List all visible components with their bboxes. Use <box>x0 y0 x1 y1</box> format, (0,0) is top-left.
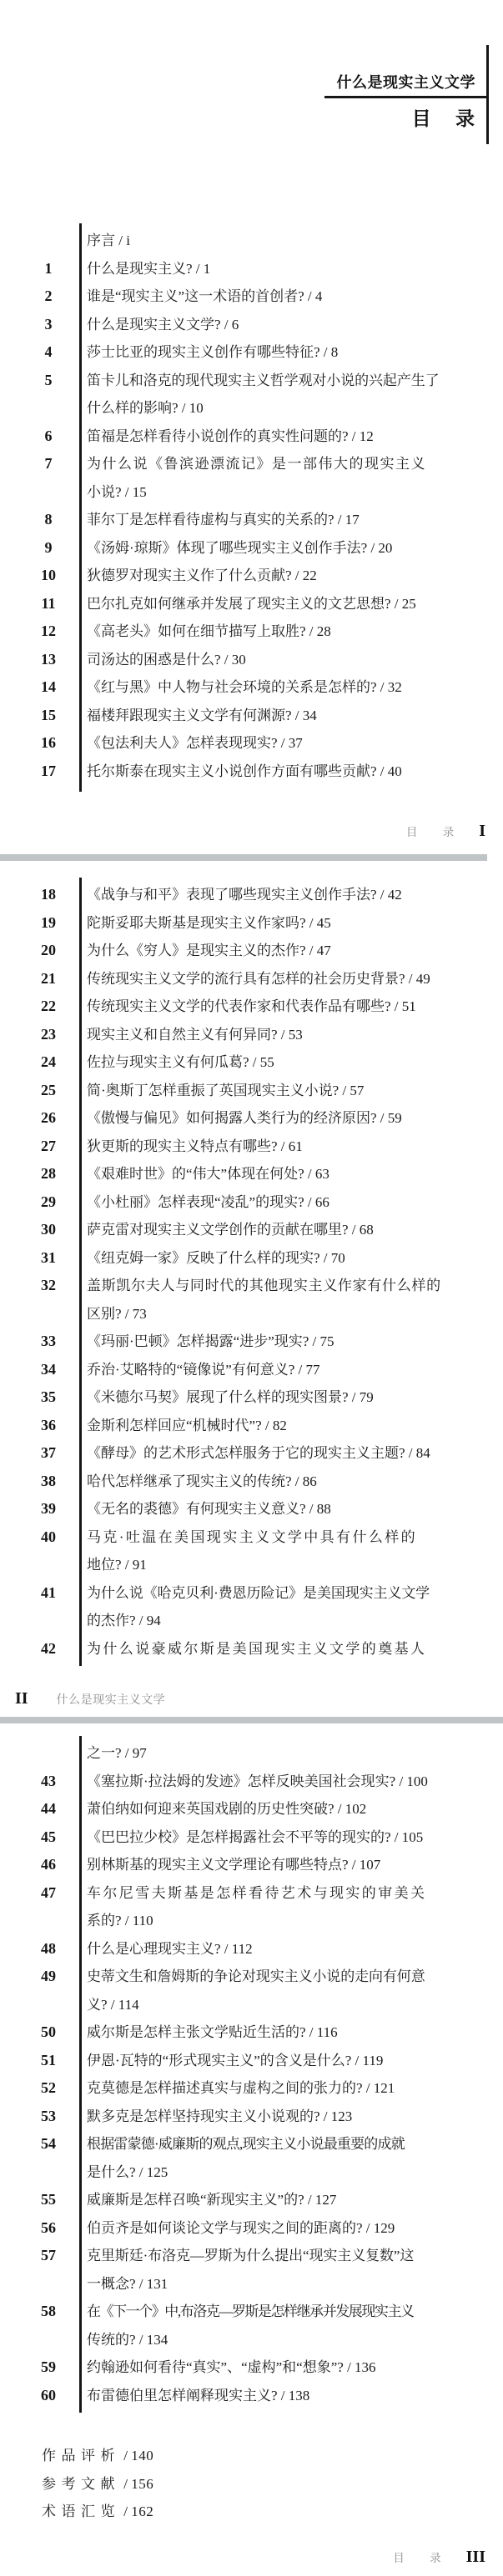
toc-entry-number: 21 <box>18 965 78 993</box>
page-number: II <box>15 1690 28 1707</box>
toc-entry-number: 58 <box>18 2298 78 2326</box>
toc-entry-number: 1 <box>18 255 78 283</box>
toc-entry-text: 威廉斯是怎样召唤“新现实主义”的? / 127 <box>87 2186 427 2214</box>
toc-entry-number: 57 <box>18 2242 78 2270</box>
toc-entry-number: 34 <box>18 1356 78 1384</box>
toc-entry: 48什么是心理现实主义? / 112 <box>0 1935 427 1963</box>
toc-entry-number: 48 <box>18 1935 78 1963</box>
toc-entry-text: 萨克雷对现实主义文学创作的贡献在哪里? / 68 <box>87 1216 427 1244</box>
toc-entry-number: 27 <box>18 1133 78 1161</box>
toc-entry-number: 23 <box>18 1021 78 1049</box>
toc-entry-text: 什么是心理现实主义? / 112 <box>87 1935 427 1963</box>
toc-entry-text: 《红与黑》中人物与社会环境的关系是怎样的? / 32 <box>87 673 427 702</box>
book-title: 什么是现实主义文学 <box>337 71 476 93</box>
toc-list-page-3: 之一? / 9743《塞拉斯·拉法姆的发迹》怎样反映美国社会现实? / 1004… <box>0 1739 503 2409</box>
backmatter-label: 作品评析 <box>42 2448 120 2463</box>
page-separator <box>0 854 487 861</box>
toc-entry-number: 13 <box>18 646 78 674</box>
backmatter-page-number: 156 <box>131 2476 153 2492</box>
toc-entry-text: 《汤姆·琼斯》体现了哪些现实主义创作手法? / 20 <box>87 534 427 563</box>
toc-entry: 36金斯利怎样回应“机械时代”? / 82 <box>0 1412 427 1440</box>
toc-entry-number: 44 <box>18 1795 78 1823</box>
toc-entry-text: 为什么说豪威尔斯是美国现实主义文学的奠基人 <box>87 1635 427 1663</box>
toc-entry-text: 盖斯凯尔夫人与同时代的其他现实主义作家有什么样的区别? / 73 <box>87 1272 427 1328</box>
toc-entry: 51伊恩·瓦特的“形式现实主义”的含义是什么? / 119 <box>0 2047 427 2075</box>
toc-entry-text: 序言 / i <box>87 227 427 255</box>
backmatter-separator: / <box>120 2448 131 2463</box>
toc-entry-number: 2 <box>18 283 78 311</box>
toc-entry-number: 4 <box>18 338 78 367</box>
toc-entry: 之一? / 97 <box>0 1739 427 1768</box>
toc-entry: 55威廉斯是怎样召唤“新现实主义”的? / 127 <box>0 2186 427 2214</box>
toc-entry-number: 59 <box>18 2353 78 2382</box>
toc-page-1: 什么是现实主义文学 目 录 序言 / i1什么是现实主义? / 12谁是“现实主… <box>0 0 503 854</box>
toc-entry-number: 36 <box>18 1412 78 1440</box>
toc-entry-number: 25 <box>18 1077 78 1105</box>
toc-entry: 5笛卡儿和洛克的现代现实主义哲学观对小说的兴起产生了什么样的影响? / 10 <box>0 367 427 423</box>
toc-entry-text: 莎士比亚的现实主义创作有哪些特征? / 8 <box>87 338 427 367</box>
toc-entry: 47车尔尼雪夫斯基是怎样看待艺术与现实的审美关系的? / 110 <box>0 1879 427 1935</box>
toc-entry: 17托尔斯泰在现实主义小说创作方面有哪些贡献? / 40 <box>0 758 427 786</box>
toc-entry-number: 26 <box>18 1104 78 1133</box>
toc-entry: 6笛福是怎样看待小说创作的真实性问题的? / 12 <box>0 423 427 451</box>
toc-entry: 11巴尔扎克如何继承并发展了现实主义的文艺思想? / 25 <box>0 590 427 618</box>
toc-entry: 50威尔斯是怎样主张文学贴近生活的? / 116 <box>0 2018 427 2047</box>
toc-entry-text: 布雷德伯里怎样阐释现实主义? / 138 <box>87 2382 427 2410</box>
toc-entry-number: 6 <box>18 423 78 451</box>
toc-entry-number: 20 <box>18 937 78 965</box>
toc-entry: 30萨克雷对现实主义文学创作的贡献在哪里? / 68 <box>0 1216 427 1244</box>
toc-entry-text: 托尔斯泰在现实主义小说创作方面有哪些贡献? / 40 <box>87 758 427 786</box>
toc-entry-text: 陀斯妥耶夫斯基是现实主义作家吗? / 45 <box>87 909 427 938</box>
toc-entry-text: 哈代怎样继承了现实主义的传统? / 86 <box>87 1468 427 1496</box>
toc-entry: 26《傲慢与偏见》如何揭露人类行为的经济原因? / 59 <box>0 1104 427 1133</box>
toc-entry-number: 8 <box>18 506 78 534</box>
toc-entry-number: 9 <box>18 534 78 563</box>
toc-list-page-2: 18《战争与和平》表现了哪些现实主义创作手法? / 4219陀斯妥耶夫斯基是现实… <box>0 881 503 1663</box>
toc-entry-number: 51 <box>18 2047 78 2075</box>
toc-entry-number: 45 <box>18 1823 78 1852</box>
toc-entry: 序言 / i <box>0 227 427 255</box>
toc-entry: 23现实主义和自然主义有何异同? / 53 <box>0 1021 427 1049</box>
toc-entry-text: 佐拉与现实主义有何瓜葛? / 55 <box>87 1048 427 1077</box>
page-separator <box>0 1717 503 1723</box>
toc-entry: 7为什么说《鲁滨逊漂流记》是一部伟大的现实主义小说? / 15 <box>0 450 427 506</box>
backmatter-label: 术语汇览 <box>42 2503 120 2519</box>
toc-entry-text: 《酵母》的艺术形式怎样服务于它的现实主义主题? / 84 <box>87 1439 427 1468</box>
toc-list-page-1: 序言 / i1什么是现实主义? / 12谁是“现实主义”这一术语的首创者? / … <box>0 227 503 785</box>
toc-entry-number: 12 <box>18 618 78 646</box>
toc-entry: 24佐拉与现实主义有何瓜葛? / 55 <box>0 1048 427 1077</box>
toc-entry-number: 35 <box>18 1383 78 1412</box>
toc-entry-number: 40 <box>18 1523 78 1552</box>
toc-entry-text: 《高老头》如何在细节描写上取胜? / 28 <box>87 618 427 646</box>
toc-entry-text: 什么是现实主义? / 1 <box>87 255 427 283</box>
toc-entry-text: 《包法利夫人》怎样表现现实? / 37 <box>87 729 427 758</box>
toc-entry-text: 《纽克姆一家》反映了什么样的现实? / 70 <box>87 1244 427 1273</box>
toc-entry-number: 10 <box>18 562 78 590</box>
toc-entry-number: 46 <box>18 1851 78 1879</box>
backmatter-page-number: 162 <box>131 2503 153 2519</box>
toc-entry-number: 30 <box>18 1216 78 1244</box>
toc-entry: 9《汤姆·琼斯》体现了哪些现实主义创作手法? / 20 <box>0 534 427 563</box>
toc-entry: 39《无名的裘德》有何现实主义意义? / 88 <box>0 1495 427 1523</box>
toc-entry: 20为什么《穷人》是现实主义的杰作? / 47 <box>0 937 427 965</box>
toc-entry-number: 52 <box>18 2074 78 2103</box>
toc-entry: 18《战争与和平》表现了哪些现实主义创作手法? / 42 <box>0 881 427 909</box>
toc-entry: 14《红与黑》中人物与社会环境的关系是怎样的? / 32 <box>0 673 427 702</box>
toc-entry-number: 11 <box>18 590 78 618</box>
toc-entry: 31《纽克姆一家》反映了什么样的现实? / 70 <box>0 1244 427 1273</box>
toc-entry-text: 《无名的裘德》有何现实主义意义? / 88 <box>87 1495 427 1523</box>
toc-entry-text: 史蒂文生和詹姆斯的争论对现实主义小说的走向有何意义? / 114 <box>87 1963 427 2018</box>
toc-entry: 40马克·吐温在美国现实主义文学中具有什么样的地位? / 91 <box>0 1523 427 1579</box>
toc-entry-number: 31 <box>18 1244 78 1273</box>
toc-entry: 22传统现实主义文学的代表作家和代表作品有哪些? / 51 <box>0 993 427 1021</box>
toc-entry: 53默多克是怎样坚持现实主义小说观的? / 123 <box>0 2103 427 2131</box>
toc-entry-text: 根据雷蒙德·威廉斯的观点,现实主义小说最重要的成就是什么? / 125 <box>87 2130 427 2186</box>
backmatter-entry: 作品评析 / 140 <box>42 2442 153 2470</box>
toc-entry-number: 43 <box>18 1768 78 1796</box>
backmatter-label: 参考文献 <box>42 2476 120 2492</box>
toc-entry-text: 简·奥斯丁怎样重振了英国现实主义小说? / 57 <box>87 1077 427 1105</box>
toc-entry-text: 马克·吐温在美国现实主义文学中具有什么样的地位? / 91 <box>87 1523 427 1579</box>
toc-entry-text: 司汤达的困惑是什么? / 30 <box>87 646 427 674</box>
backmatter-separator: / <box>120 2476 131 2492</box>
toc-page-2: 18《战争与和平》表现了哪些现实主义创作手法? / 4219陀斯妥耶夫斯基是现实… <box>0 861 503 1717</box>
toc-entry: 35《米德尔马契》展现了什么样的现实图景? / 79 <box>0 1383 427 1412</box>
toc-entry: 21传统现实主义文学的流行具有怎样的社会历史背景? / 49 <box>0 965 427 993</box>
toc-entry-text: 为什么说《鲁滨逊漂流记》是一部伟大的现实主义小说? / 15 <box>87 450 427 506</box>
toc-entry: 54根据雷蒙德·威廉斯的观点,现实主义小说最重要的成就是什么? / 125 <box>0 2130 427 2186</box>
toc-entry-text: 约翰逊如何看待“真实”、“虚构”和“想象”? / 136 <box>87 2353 427 2382</box>
toc-entry-text: 乔治·艾略特的“镜像说”有何意义? / 77 <box>87 1356 427 1384</box>
toc-entry-text: 默多克是怎样坚持现实主义小说观的? / 123 <box>87 2103 427 2131</box>
toc-entry: 15福楼拜跟现实主义文学有何渊源? / 34 <box>0 702 427 730</box>
toc-entry-text: 谁是“现实主义”这一术语的首创者? / 4 <box>87 283 427 311</box>
toc-entry-text: 巴尔扎克如何继承并发展了现实主义的文艺思想? / 25 <box>87 590 427 618</box>
toc-entry-number: 24 <box>18 1048 78 1077</box>
toc-entry-text: 菲尔丁是怎样看待虚构与真实的关系的? / 17 <box>87 506 427 534</box>
toc-entry: 27狄更斯的现实主义特点有哪些? / 61 <box>0 1133 427 1161</box>
toc-entry-text: 什么是现实主义文学? / 6 <box>87 311 427 339</box>
toc-heading: 目 录 <box>412 103 475 131</box>
toc-entry-number: 32 <box>18 1272 78 1300</box>
toc-entry-number: 39 <box>18 1495 78 1523</box>
footer-label: 目 录 <box>406 824 454 841</box>
toc-entry-number: 19 <box>18 909 78 938</box>
toc-entry: 43《塞拉斯·拉法姆的发迹》怎样反映美国社会现实? / 100 <box>0 1768 427 1796</box>
toc-entry-number: 3 <box>18 311 78 339</box>
toc-entry-text: 狄德罗对现实主义作了什么贡献? / 22 <box>87 562 427 590</box>
toc-entry-number: 60 <box>18 2382 78 2410</box>
toc-entry: 58在《下一个》中,布洛克—罗斯是怎样继承并发展现实主义传统的? / 134 <box>0 2298 427 2353</box>
toc-entry: 10狄德罗对现实主义作了什么贡献? / 22 <box>0 562 427 590</box>
toc-entry-text: 为什么说《哈克贝利·费恩历险记》是美国现实主义文学的杰作? / 94 <box>87 1579 427 1635</box>
toc-entry-number: 28 <box>18 1160 78 1188</box>
toc-entry-text: 《艰难时世》的“伟大”体现在何处? / 63 <box>87 1160 427 1188</box>
toc-entry: 3什么是现实主义文学? / 6 <box>0 311 427 339</box>
toc-entry: 12《高老头》如何在细节描写上取胜? / 28 <box>0 618 427 646</box>
toc-entry-number: 42 <box>18 1635 78 1663</box>
toc-entry-text: 传统现实主义文学的代表作家和代表作品有哪些? / 51 <box>87 993 427 1021</box>
page-footer: II 什么是现实主义文学 <box>15 1690 165 1708</box>
toc-entry: 56伯贡齐是如何谈论文学与现实之间的距离的? / 129 <box>0 2214 427 2243</box>
toc-entry-number: 29 <box>18 1188 78 1217</box>
toc-page-3: 之一? / 9743《塞拉斯·拉法姆的发迹》怎样反映美国社会现实? / 1004… <box>0 1723 503 2576</box>
toc-entry-text: 《战争与和平》表现了哪些现实主义创作手法? / 42 <box>87 881 427 909</box>
toc-entry-number: 37 <box>18 1439 78 1468</box>
toc-entry: 46别林斯基的现实主义文学理论有哪些特点? / 107 <box>0 1851 427 1879</box>
toc-entry-text: 为什么《穷人》是现实主义的杰作? / 47 <box>87 937 427 965</box>
toc-entry-number: 5 <box>18 367 78 395</box>
toc-entry: 2谁是“现实主义”这一术语的首创者? / 4 <box>0 283 427 311</box>
toc-entry: 59约翰逊如何看待“真实”、“虚构”和“想象”? / 136 <box>0 2353 427 2382</box>
toc-entry-number: 7 <box>18 450 78 478</box>
toc-entry-text: 别林斯基的现实主义文学理论有哪些特点? / 107 <box>87 1851 427 1879</box>
toc-entry: 32盖斯凯尔夫人与同时代的其他现实主义作家有什么样的区别? / 73 <box>0 1272 427 1328</box>
toc-entry-number: 50 <box>18 2018 78 2047</box>
backmatter-entry: 术语汇览 / 162 <box>42 2498 153 2526</box>
page-number: I <box>479 823 485 839</box>
toc-entry-number: 47 <box>18 1879 78 1908</box>
toc-entry: 52克莫德是怎样描述真实与虚构之间的张力的? / 121 <box>0 2074 427 2103</box>
backmatter-separator: / <box>120 2503 131 2519</box>
toc-entry-text: 狄更斯的现实主义特点有哪些? / 61 <box>87 1133 427 1161</box>
toc-entry: 16《包法利夫人》怎样表现现实? / 37 <box>0 729 427 758</box>
toc-entry-number: 54 <box>18 2130 78 2158</box>
backmatter-page-number: 140 <box>131 2448 153 2463</box>
toc-entry-text: 金斯利怎样回应“机械时代”? / 82 <box>87 1412 427 1440</box>
toc-entry-number: 38 <box>18 1468 78 1496</box>
toc-entry: 33《玛丽·巴顿》怎样揭露“进步”现实? / 75 <box>0 1328 427 1356</box>
toc-entry: 19陀斯妥耶夫斯基是现实主义作家吗? / 45 <box>0 909 427 938</box>
toc-entry-number: 41 <box>18 1579 78 1608</box>
toc-entry-number: 55 <box>18 2186 78 2214</box>
toc-entry-text: 福楼拜跟现实主义文学有何渊源? / 34 <box>87 702 427 730</box>
page-number: III <box>466 2548 485 2565</box>
toc-entry: 37《酵母》的艺术形式怎样服务于它的现实主义主题? / 84 <box>0 1439 427 1468</box>
scanned-toc-document: 什么是现实主义文学 目 录 序言 / i1什么是现实主义? / 12谁是“现实主… <box>0 0 503 2576</box>
header-horizontal-rule <box>324 96 486 98</box>
toc-entry: 28《艰难时世》的“伟大”体现在何处? / 63 <box>0 1160 427 1188</box>
toc-entry-number: 18 <box>18 881 78 909</box>
toc-entry-text: 《玛丽·巴顿》怎样揭露“进步”现实? / 75 <box>87 1328 427 1356</box>
toc-entry-text: 在《下一个》中,布洛克—罗斯是怎样继承并发展现实主义传统的? / 134 <box>87 2298 427 2353</box>
toc-entry-text: 萧伯纳如何迎来英国戏剧的历史性突破? / 102 <box>87 1795 427 1823</box>
toc-entry: 42为什么说豪威尔斯是美国现实主义文学的奠基人 <box>0 1635 427 1663</box>
toc-entry-text: 威尔斯是怎样主张文学贴近生活的? / 116 <box>87 2018 427 2047</box>
toc-entry-text: 《傲慢与偏见》如何揭露人类行为的经济原因? / 59 <box>87 1104 427 1133</box>
toc-entry-number: 15 <box>18 702 78 730</box>
toc-entry-text: 现实主义和自然主义有何异同? / 53 <box>87 1021 427 1049</box>
backmatter-list: 作品评析 / 140参考文献 / 156术语汇览 / 162 <box>42 2442 153 2526</box>
toc-entry-text: 《米德尔马契》展现了什么样的现实图景? / 79 <box>87 1383 427 1412</box>
toc-entry: 25简·奥斯丁怎样重振了英国现实主义小说? / 57 <box>0 1077 427 1105</box>
toc-entry-text: 之一? / 97 <box>87 1739 427 1768</box>
toc-entry-text: 伊恩·瓦特的“形式现实主义”的含义是什么? / 119 <box>87 2047 427 2075</box>
toc-entry-number: 22 <box>18 993 78 1021</box>
toc-entry: 13司汤达的困惑是什么? / 30 <box>0 646 427 674</box>
toc-entry-text: 车尔尼雪夫斯基是怎样看待艺术与现实的审美关系的? / 110 <box>87 1879 427 1935</box>
toc-entry-number: 56 <box>18 2214 78 2243</box>
toc-entry: 38哈代怎样继承了现实主义的传统? / 86 <box>0 1468 427 1496</box>
toc-entry-text: 笛卡儿和洛克的现代现实主义哲学观对小说的兴起产生了什么样的影响? / 10 <box>87 367 427 423</box>
toc-entry-text: 笛福是怎样看待小说创作的真实性问题的? / 12 <box>87 423 427 451</box>
toc-entry: 29《小杜丽》怎样表现“凌乱”的现实? / 66 <box>0 1188 427 1217</box>
toc-entry-number: 16 <box>18 729 78 758</box>
footer-label: 目 录 <box>393 2550 440 2567</box>
toc-entry: 34乔治·艾略特的“镜像说”有何意义? / 77 <box>0 1356 427 1384</box>
toc-entry-text: 《巴巴拉少校》是怎样揭露社会不平等的现实的? / 105 <box>87 1823 427 1852</box>
page-footer: 目 录 I <box>406 823 485 841</box>
toc-entry: 44萧伯纳如何迎来英国戏剧的历史性突破? / 102 <box>0 1795 427 1823</box>
toc-entry-text: 《小杜丽》怎样表现“凌乱”的现实? / 66 <box>87 1188 427 1217</box>
toc-entry-text: 克莫德是怎样描述真实与虚构之间的张力的? / 121 <box>87 2074 427 2103</box>
toc-entry-text: 《塞拉斯·拉法姆的发迹》怎样反映美国社会现实? / 100 <box>87 1768 427 1796</box>
toc-entry-number: 14 <box>18 673 78 702</box>
toc-entry: 8菲尔丁是怎样看待虚构与真实的关系的? / 17 <box>0 506 427 534</box>
toc-entry: 4莎士比亚的现实主义创作有哪些特征? / 8 <box>0 338 427 367</box>
footer-book-title: 什么是现实主义文学 <box>57 1691 166 1708</box>
toc-entry-number: 53 <box>18 2103 78 2131</box>
toc-entry-text: 伯贡齐是如何谈论文学与现实之间的距离的? / 129 <box>87 2214 427 2243</box>
header-vertical-rule <box>486 45 489 144</box>
toc-entry-text: 传统现实主义文学的流行具有怎样的社会历史背景? / 49 <box>87 965 427 993</box>
toc-entry: 45《巴巴拉少校》是怎样揭露社会不平等的现实的? / 105 <box>0 1823 427 1852</box>
toc-entry-text: 克里斯廷·布洛克—罗斯为什么提出“现实主义复数”这一概念? / 131 <box>87 2242 427 2298</box>
backmatter-entry: 参考文献 / 156 <box>42 2470 153 2498</box>
toc-entry: 49史蒂文生和詹姆斯的争论对现实主义小说的走向有何意义? / 114 <box>0 1963 427 2018</box>
toc-entry: 1什么是现实主义? / 1 <box>0 255 427 283</box>
toc-entry: 57克里斯廷·布洛克—罗斯为什么提出“现实主义复数”这一概念? / 131 <box>0 2242 427 2298</box>
toc-entry-number: 33 <box>18 1328 78 1356</box>
toc-entry-number: 17 <box>18 758 78 786</box>
toc-entry-number: 49 <box>18 1963 78 1991</box>
page-footer: 目 录 III <box>393 2548 485 2567</box>
toc-entry: 41为什么说《哈克贝利·费恩历险记》是美国现实主义文学的杰作? / 94 <box>0 1579 427 1635</box>
toc-entry: 60布雷德伯里怎样阐释现实主义? / 138 <box>0 2382 427 2410</box>
